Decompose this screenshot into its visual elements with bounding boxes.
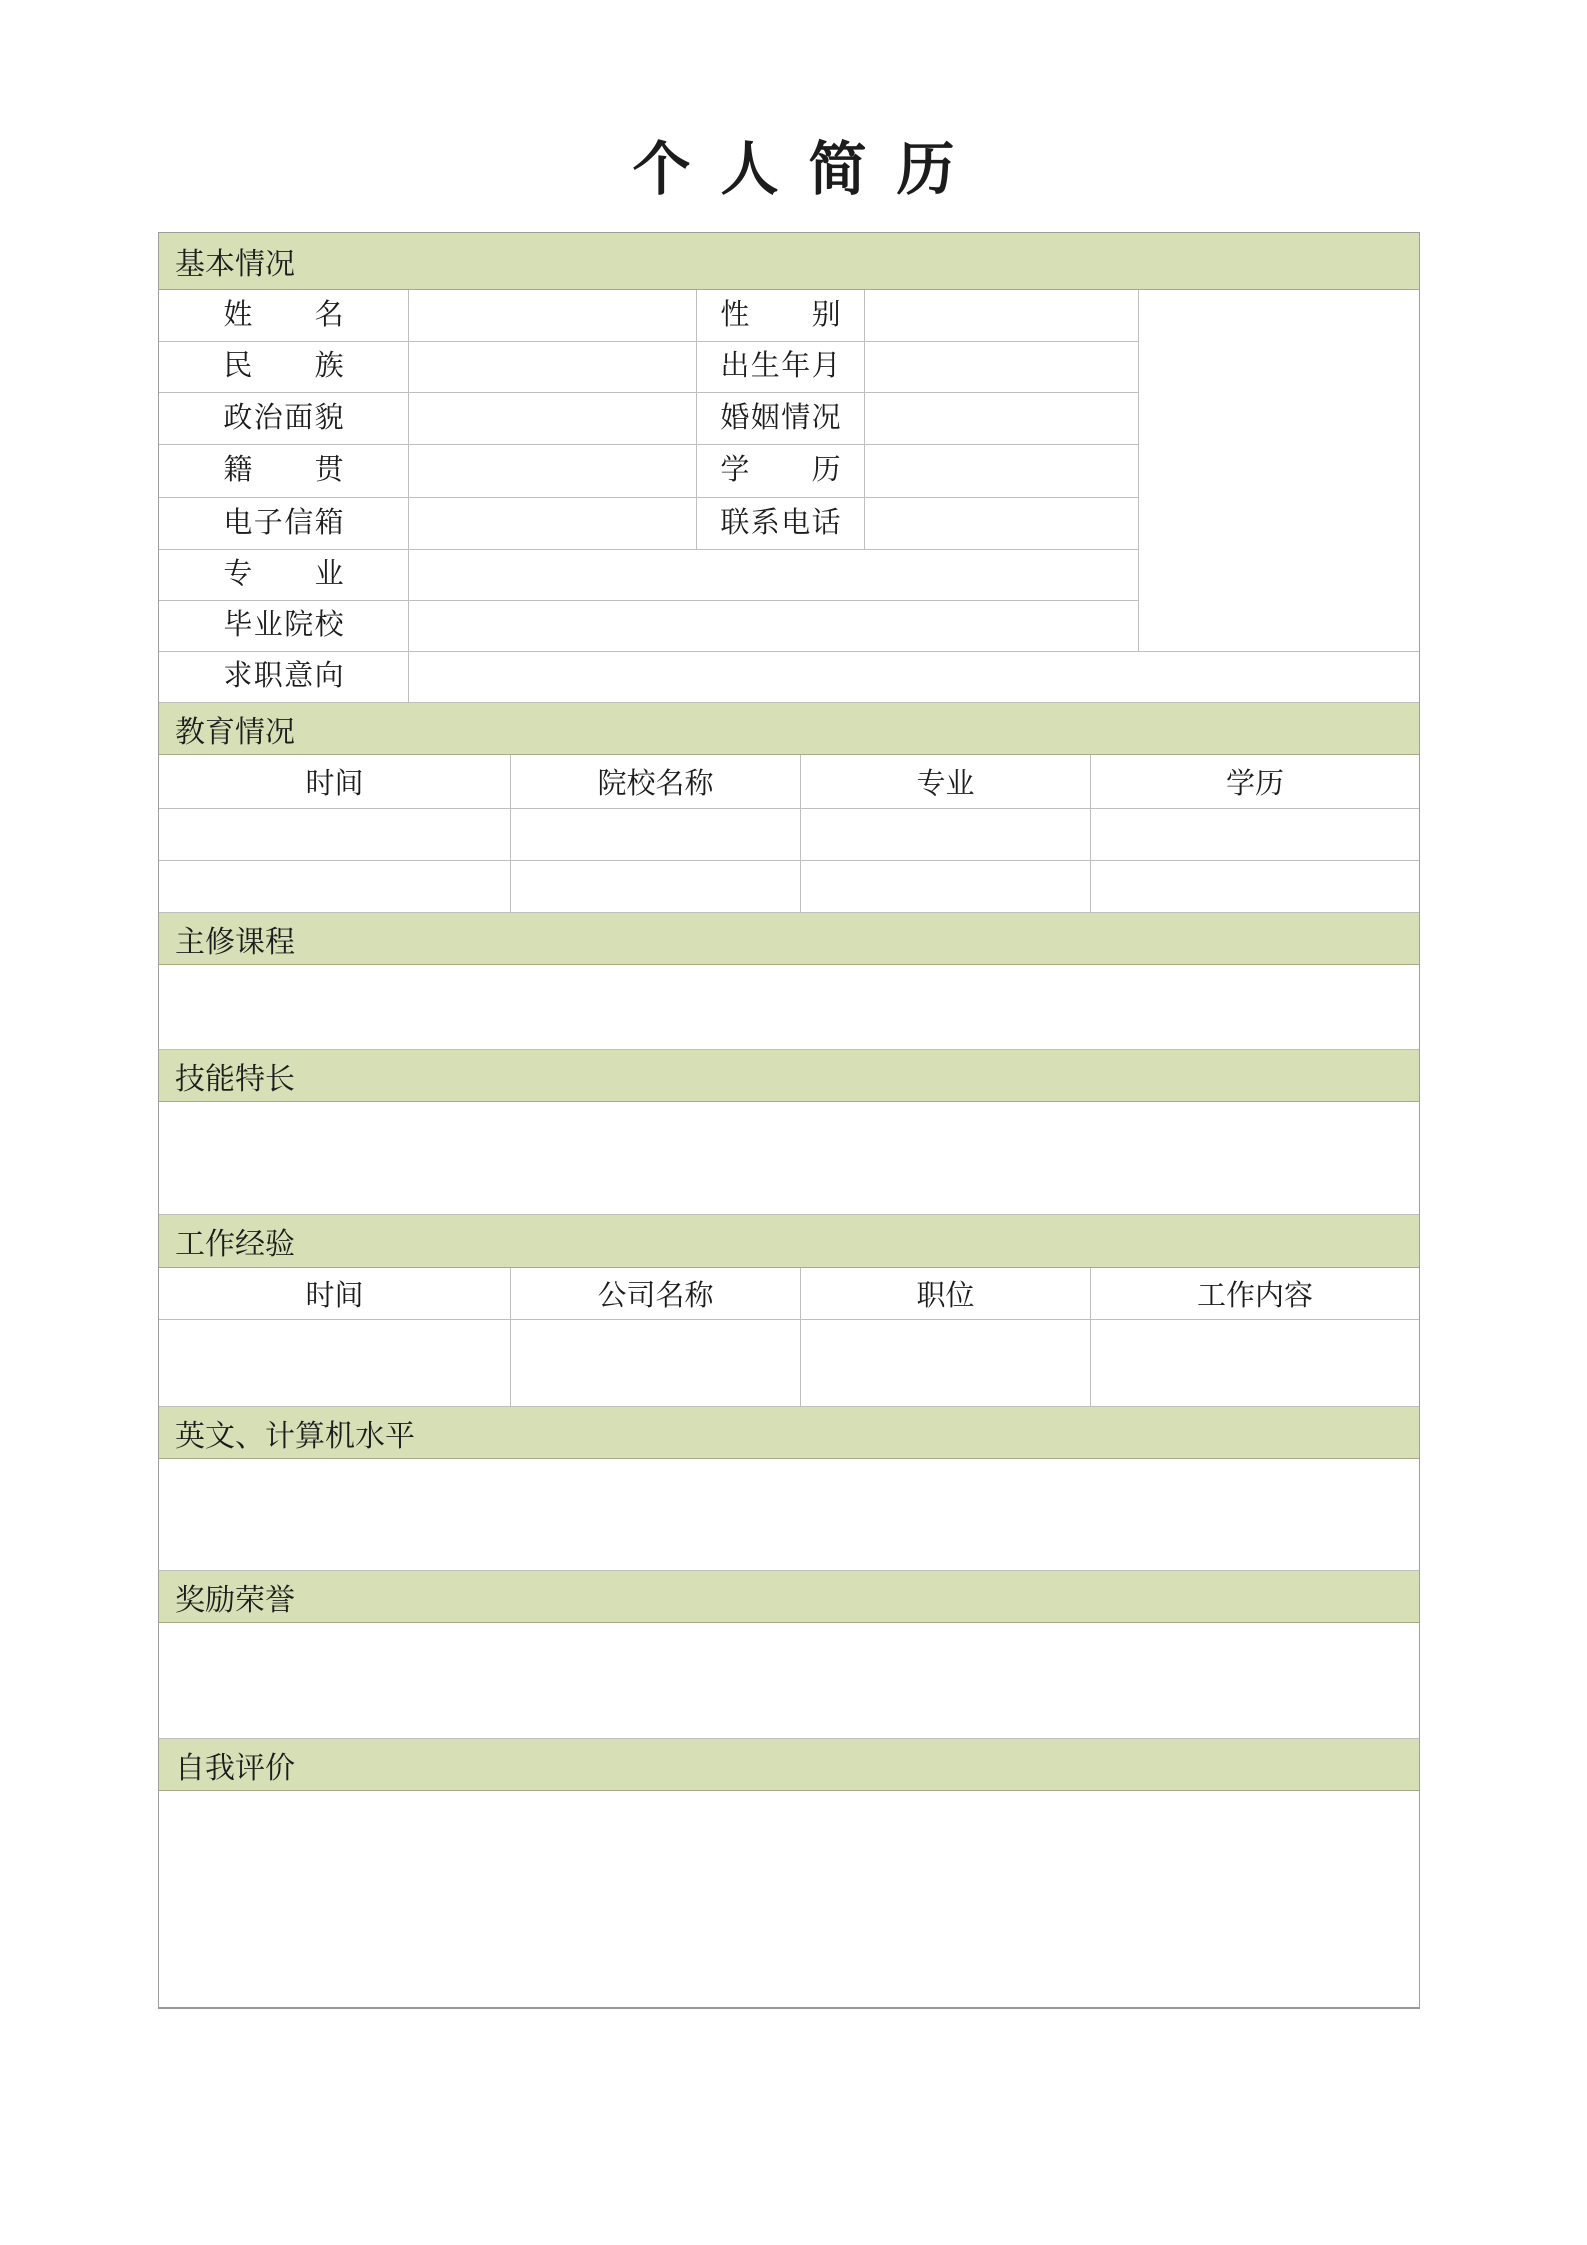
field-value-ethnicity[interactable]: [409, 342, 697, 393]
work-cell[interactable]: [801, 1320, 1091, 1407]
work-cell[interactable]: [159, 1320, 511, 1407]
field-label-graduate-school: 毕业院校: [159, 601, 409, 652]
section-header-courses: 主修课程: [159, 913, 1419, 965]
work-col-header-position: 职位: [801, 1268, 1091, 1320]
work-cell[interactable]: [1091, 1320, 1419, 1407]
education-cell[interactable]: [801, 861, 1091, 913]
field-value-gender[interactable]: [865, 290, 1139, 342]
work-col-header-company: 公司名称: [511, 1268, 801, 1320]
field-label-native-place: 籍贯: [159, 445, 409, 498]
basic-info-grid: 姓名 性别 民族 出生年月 政治面貌 婚姻情况 籍贯 学历 电子信箱 联系电话: [159, 290, 1419, 703]
field-label-degree: 学历: [697, 445, 865, 498]
field-value-graduate-school[interactable]: [409, 601, 1139, 652]
section-header-self-evaluation: 自我评价: [159, 1739, 1419, 1791]
field-value-phone[interactable]: [865, 498, 1139, 550]
field-value-political-status[interactable]: [409, 393, 697, 445]
field-value-name[interactable]: [409, 290, 697, 342]
field-value-birth-date[interactable]: [865, 342, 1139, 393]
field-value-native-place[interactable]: [409, 445, 697, 498]
section-header-work: 工作经验: [159, 1215, 1419, 1268]
field-value-job-objective[interactable]: [409, 652, 1419, 703]
education-cell[interactable]: [801, 809, 1091, 861]
field-label-job-objective: 求职意向: [159, 652, 409, 703]
education-cell[interactable]: [511, 809, 801, 861]
resume-table: 基本情况 姓名 性别 民族 出生年月 政治面貌 婚姻情况 籍贯 学历 电子信箱: [158, 232, 1420, 2009]
field-label-ethnicity: 民族: [159, 342, 409, 393]
education-col-header-school: 院校名称: [511, 755, 801, 809]
field-value-degree[interactable]: [865, 445, 1139, 498]
education-cell[interactable]: [1091, 861, 1419, 913]
education-col-header-degree: 学历: [1091, 755, 1419, 809]
courses-content[interactable]: [159, 965, 1419, 1050]
field-label-phone: 联系电话: [697, 498, 865, 550]
awards-content[interactable]: [159, 1623, 1419, 1739]
page-title: 个人简历: [0, 122, 1587, 206]
field-label-name: 姓名: [159, 290, 409, 342]
section-header-basic: 基本情况: [159, 233, 1419, 290]
section-header-english-computer: 英文、计算机水平: [159, 1407, 1419, 1459]
work-cell[interactable]: [511, 1320, 801, 1407]
education-cell[interactable]: [159, 809, 511, 861]
field-label-major: 专业: [159, 550, 409, 601]
field-label-political-status: 政治面貌: [159, 393, 409, 445]
english-computer-content[interactable]: [159, 1459, 1419, 1571]
photo-area[interactable]: [1139, 290, 1419, 652]
field-label-birth-date: 出生年月: [697, 342, 865, 393]
education-table: 时间 院校名称 专业 学历: [159, 755, 1419, 913]
skills-content[interactable]: [159, 1102, 1419, 1215]
field-label-gender: 性别: [697, 290, 865, 342]
self-evaluation-content[interactable]: [159, 1791, 1419, 2007]
work-col-header-duties: 工作内容: [1091, 1268, 1419, 1320]
education-col-header-major: 专业: [801, 755, 1091, 809]
education-cell[interactable]: [1091, 809, 1419, 861]
education-cell[interactable]: [159, 861, 511, 913]
work-table: 时间 公司名称 职位 工作内容: [159, 1268, 1419, 1407]
section-header-skills: 技能特长: [159, 1050, 1419, 1102]
section-header-awards: 奖励荣誉: [159, 1571, 1419, 1623]
education-cell[interactable]: [511, 861, 801, 913]
field-label-marital-status: 婚姻情况: [697, 393, 865, 445]
education-col-header-time: 时间: [159, 755, 511, 809]
resume-page: 个人简历 基本情况 姓名 性别 民族 出生年月 政治面貌 婚姻情况 籍贯 学历: [0, 0, 1587, 2245]
field-value-major[interactable]: [409, 550, 1139, 601]
section-header-education: 教育情况: [159, 703, 1419, 755]
field-value-marital-status[interactable]: [865, 393, 1139, 445]
work-col-header-time: 时间: [159, 1268, 511, 1320]
field-label-email: 电子信箱: [159, 498, 409, 550]
field-value-email[interactable]: [409, 498, 697, 550]
